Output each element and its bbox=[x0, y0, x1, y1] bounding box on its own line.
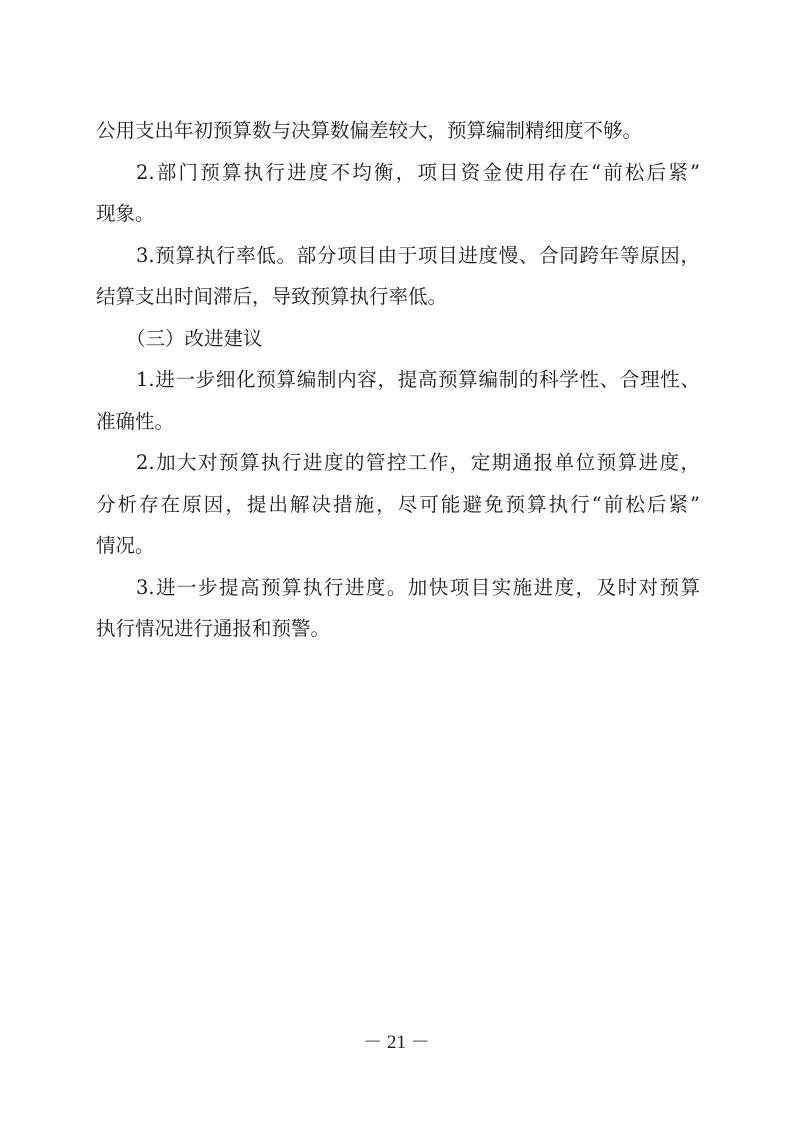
document-page: 公用支出年初预算数与决算数偏差较大，预算编制精细度不够。 2.部门预算执行进度不… bbox=[0, 0, 793, 1122]
paragraph-line-issue-2: 2.部门预算执行进度不均衡，项目资金使用存在“前松后紧” bbox=[96, 152, 700, 194]
paragraph-line-suggestion-2: 2.加大对预算执行进度的管控工作，定期通报单位预算进度， bbox=[96, 442, 700, 484]
paragraph-line: 分析存在原因，提出解决措施，尽可能避免预算执行“前松后紧” bbox=[96, 484, 700, 526]
paragraph-line: 公用支出年初预算数与决算数偏差较大，预算编制精细度不够。 bbox=[96, 110, 700, 152]
paragraph-line-suggestion-3: 3.进一步提高预算执行进度。加快项目实施进度，及时对预算 bbox=[96, 567, 700, 609]
paragraph-line: 情况。 bbox=[96, 525, 700, 567]
paragraph-line-suggestion-1: 1.进一步细化预算编制内容，提高预算编制的科学性、合理性、 bbox=[96, 359, 700, 401]
section-heading: （三）改进建议 bbox=[96, 318, 700, 360]
paragraph-line: 执行情况进行通报和预警。 bbox=[96, 608, 700, 650]
paragraph-line-issue-3: 3.预算执行率低。部分项目由于项目进度慢、合同跨年等原因， bbox=[96, 235, 700, 277]
paragraph-line: 准确性。 bbox=[96, 401, 700, 443]
paragraph-line: 结算支出时间滞后，导致预算执行率低。 bbox=[96, 276, 700, 318]
paragraph-line: 现象。 bbox=[96, 193, 700, 235]
body-text: 公用支出年初预算数与决算数偏差较大，预算编制精细度不够。 2.部门预算执行进度不… bbox=[96, 110, 700, 650]
page-number: － 21 － bbox=[0, 1027, 793, 1054]
